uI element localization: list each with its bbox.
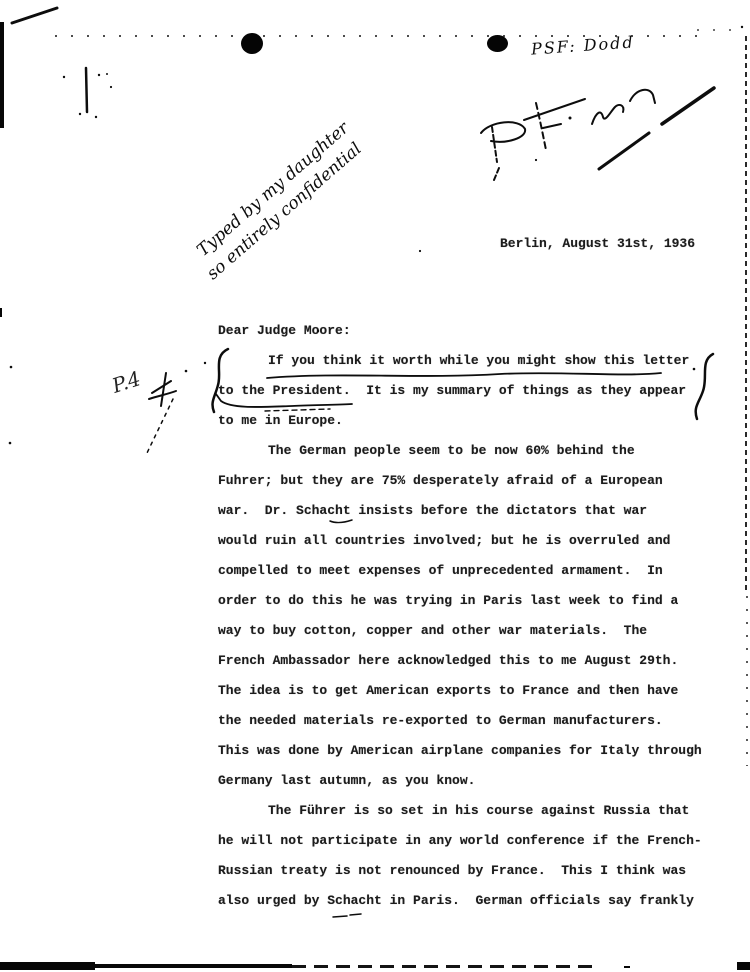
letter-line: order to do this he was trying in Paris … — [218, 592, 702, 622]
confidential-note: Typed by my daughter so entirely confide… — [192, 117, 370, 281]
letter-line: Fuhrer; but they are 75% desperately afr… — [218, 472, 702, 502]
letter-body: If you think it worth while you might sh… — [218, 352, 702, 922]
dateline: Berlin, August 31st, 1936 — [500, 236, 695, 251]
letter-line: would ruin all countries involved; but h… — [218, 532, 702, 562]
pen-vertical-tick — [86, 68, 87, 112]
letter-page: Typed by my daughter so entirely confide… — [0, 0, 750, 972]
scan-edge-right-dots — [746, 596, 748, 766]
letter-line: way to buy cotton, copper and other war … — [218, 622, 702, 652]
scan-bottom-right-mark — [737, 962, 750, 970]
signature-scrawl — [481, 88, 714, 180]
scan-edge-left-bar — [0, 22, 4, 128]
scan-bottom-bar-thick — [0, 962, 95, 970]
scan-bottom-bar-dashes — [292, 965, 597, 968]
scan-edge-left-tick — [0, 308, 2, 317]
confidential-note-line2: so entirely confidential — [202, 135, 370, 286]
letter-line: the needed materials re-exported to Germ… — [218, 712, 702, 742]
hole-punch-left — [241, 33, 263, 54]
letter-line: The Führer is so set in his course again… — [218, 802, 702, 832]
scan-bottom-bar-thin — [95, 964, 292, 968]
letter-line: French Ambassador here acknowledged this… — [218, 652, 702, 682]
pen-slash-top-left — [12, 8, 57, 23]
margin-mark: P.4 — [109, 366, 144, 398]
letter-line: to me in Europe. — [218, 412, 702, 442]
hole-punch-right — [487, 35, 508, 52]
letter-line: The German people seem to be now 60% beh… — [218, 442, 702, 472]
letter-line: he will not participate in any world con… — [218, 832, 702, 862]
letter-line: war. Dr. Schacht insists before the dict… — [218, 502, 702, 532]
scan-edge-right-dashes — [745, 36, 747, 592]
letter-line: Russian treaty is not renounced by Franc… — [218, 862, 702, 892]
letter-line: This was done by American airplane compa… — [218, 742, 702, 772]
scan-bottom-speck — [624, 966, 630, 968]
confidential-note-line1: Typed by my daughter — [192, 117, 354, 262]
letter-line: to the President. It is my summary of th… — [218, 382, 702, 412]
letter-line: also urged by Schacht in Paris. German o… — [218, 892, 702, 922]
margin-scribble — [147, 370, 187, 453]
salutation: Dear Judge Moore: — [218, 323, 351, 338]
letter-line: Germany last autumn, as you know. — [218, 772, 702, 802]
letter-line: compelled to meet expenses of unpreceden… — [218, 562, 702, 592]
letter-line: If you think it worth while you might sh… — [218, 352, 702, 382]
scan-top-right-noise — [697, 29, 742, 31]
letter-line: The idea is to get American exports to F… — [218, 682, 702, 712]
